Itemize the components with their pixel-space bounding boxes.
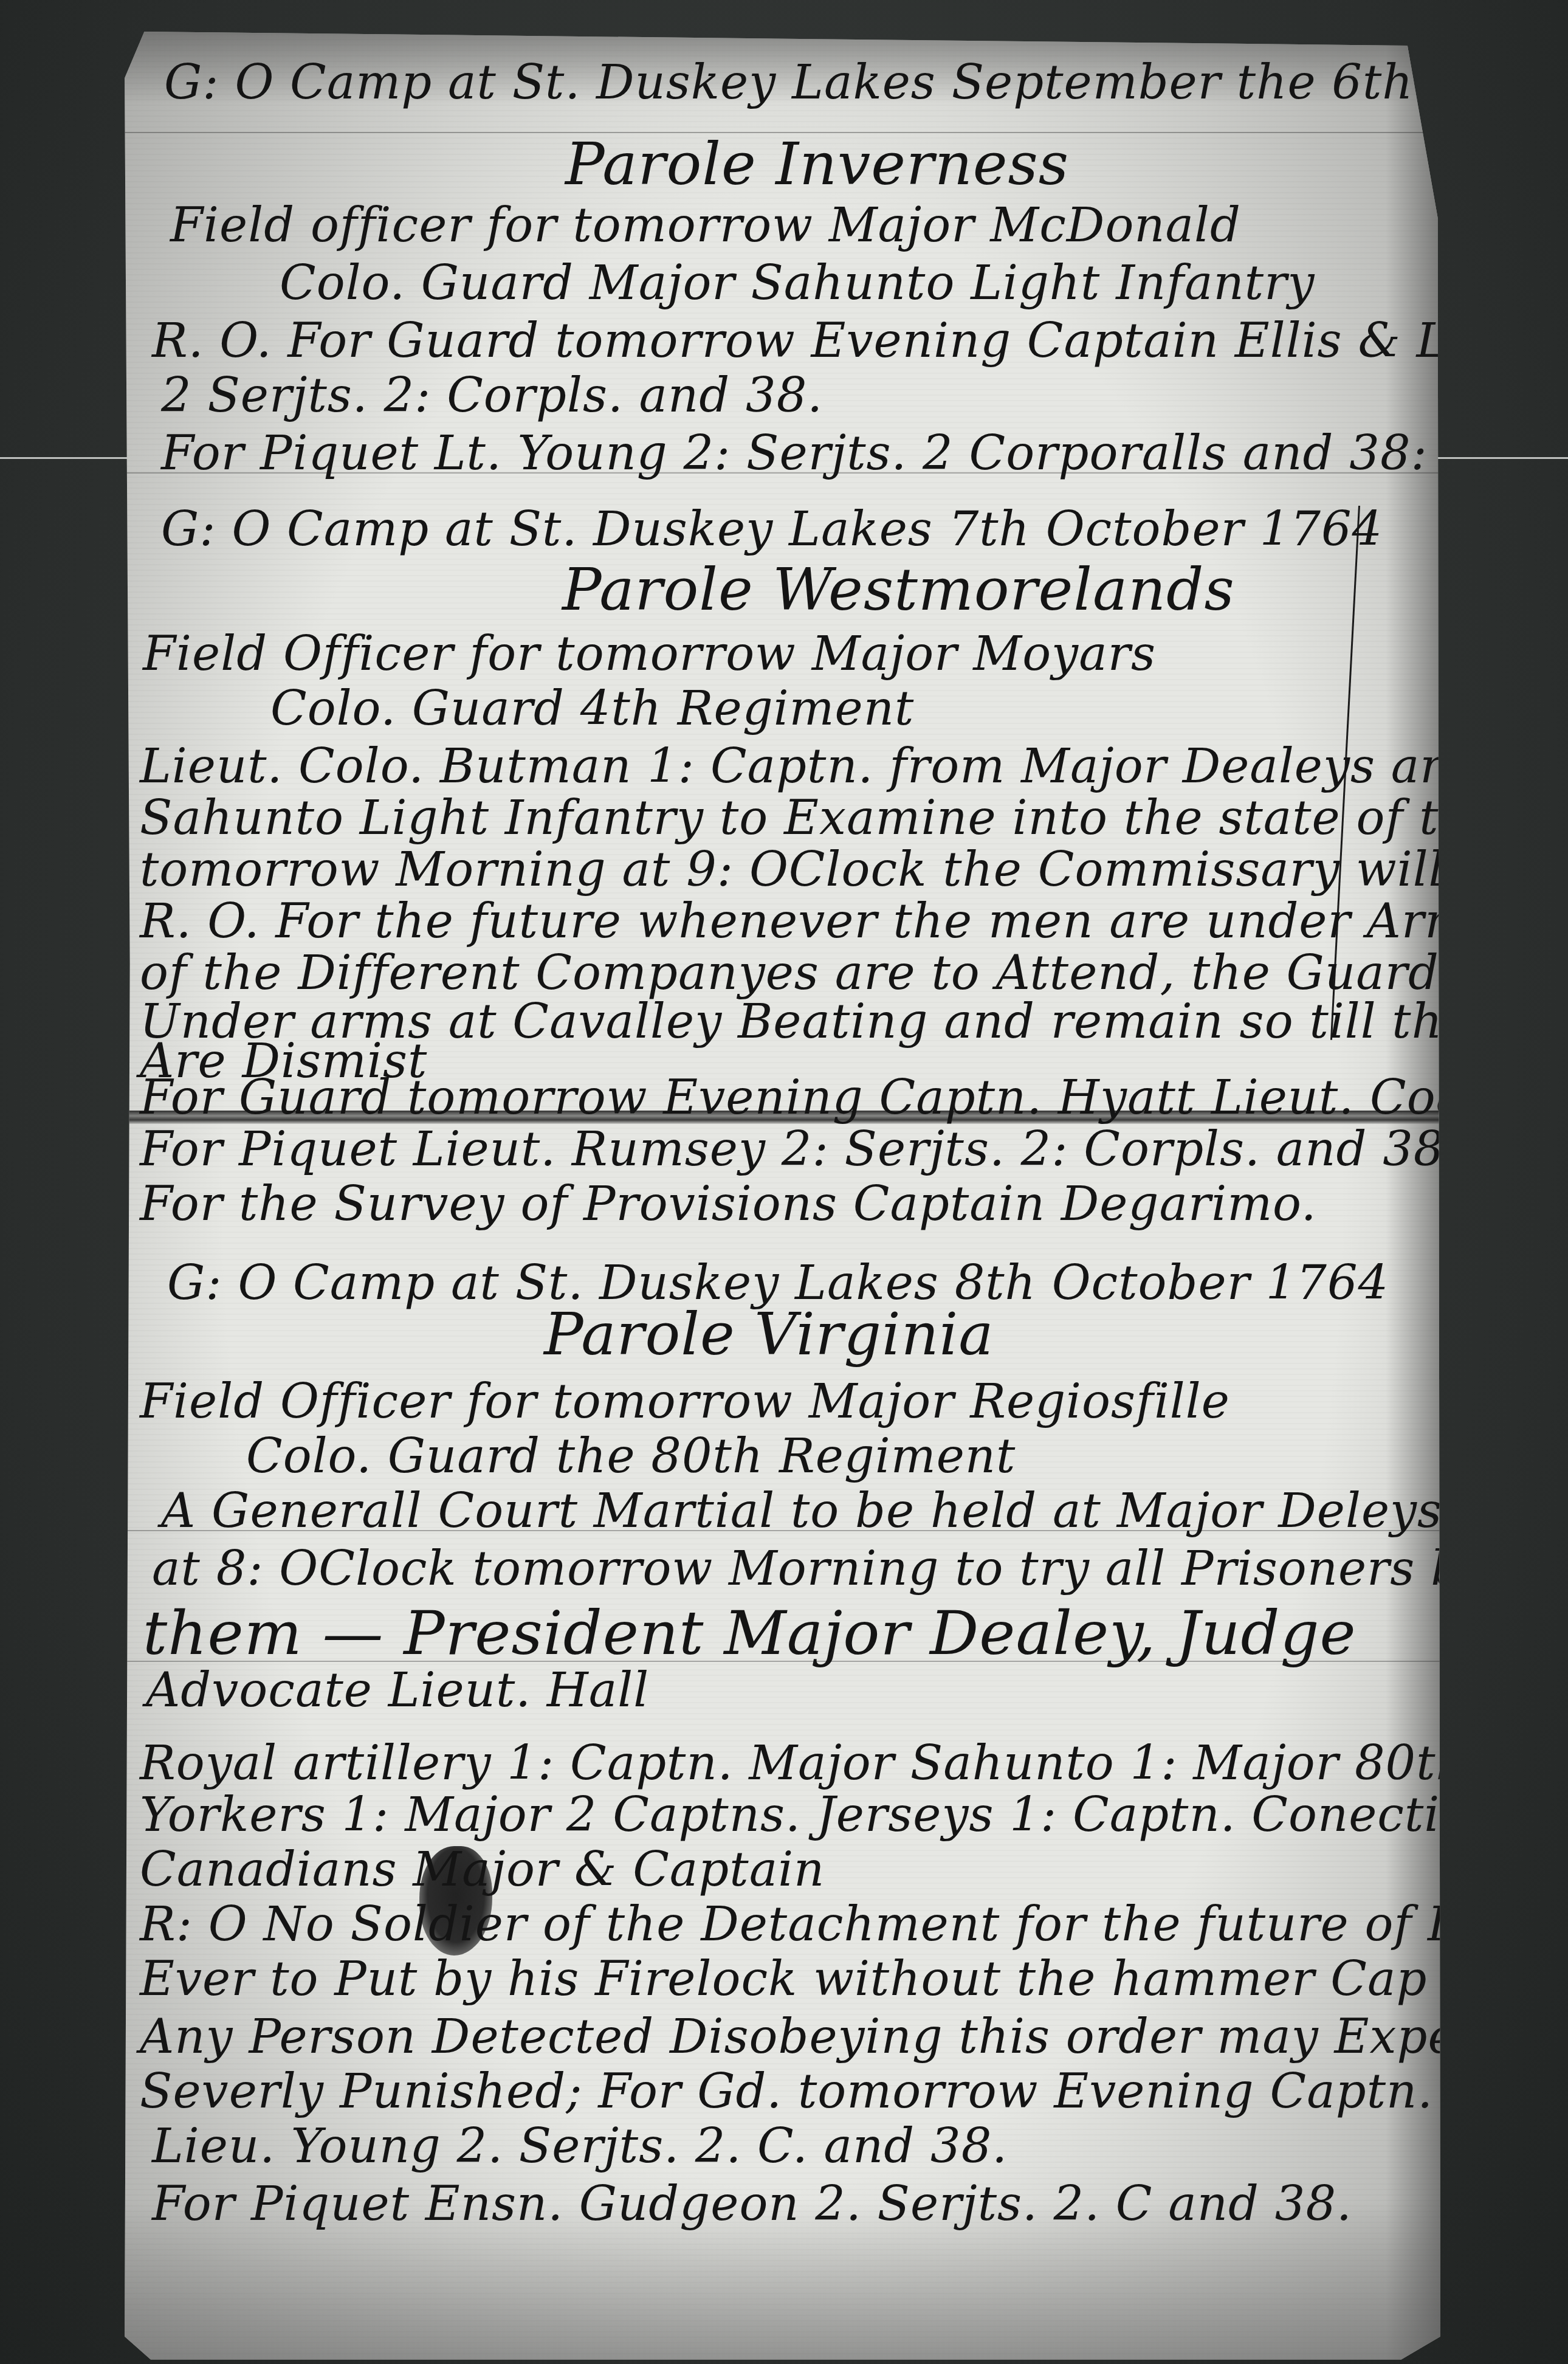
order-line: Field Officer for tomorrow Major Moyars	[143, 630, 1156, 678]
order-line: Sahunto Light Infantry to Examine into t…	[140, 794, 1440, 842]
order-line: For Piquet Lieut. Rumsey 2: Serjts. 2: C…	[140, 1126, 1440, 1173]
order-line: R. O. For the future whenever the men ar…	[140, 898, 1440, 945]
order-line: Lieu. Young 2. Serjts. 2. C. and 38.	[152, 2123, 1008, 2170]
order-line: For Guard tomorrow Evening Captn. Hyatt …	[140, 1074, 1440, 1122]
parole-word: Parole Virginia	[544, 1305, 994, 1363]
order-line: of the Different Companyes are to Attend…	[140, 949, 1440, 997]
order-line: Royal artillery 1: Captn. Major Sahunto …	[140, 1740, 1440, 1787]
parole-word: Parole Inverness	[565, 135, 1069, 193]
order-line: A Generall Court Martial to be held at M…	[161, 1487, 1440, 1535]
order-line: 2 Serjts. 2: Corpls. and 38.	[161, 372, 823, 419]
order-line: Colo. Guard Major Sahunto Light Infantry	[280, 260, 1315, 307]
order-line: Severly Punished; For Gd. tomorrow Eveni…	[140, 2068, 1440, 2115]
order-line: R: O No Soldier of the Detachment for th…	[140, 1901, 1440, 1948]
order-line: Canadians Major & Captain	[140, 1846, 825, 1894]
order-line: For the Survey of Provisions Captain Deg…	[140, 1180, 1316, 1228]
parole-word: Parole Westmorelands	[562, 560, 1235, 619]
order-line: at 8: OClock tomorrow Morning to try all…	[152, 1545, 1440, 1593]
order-line: tomorrow Morning at 9: OClock the Commis…	[140, 846, 1440, 894]
entry-header: G: O Camp at St. Duskey Lakes 7th Octobe…	[161, 506, 1383, 553]
document-page: G: O Camp at St. Duskey Lakes September …	[125, 32, 1440, 2360]
order-line: Any Person Detected Disobeying this orde…	[140, 2013, 1440, 2061]
order-line: Advocate Lieut. Hall	[146, 1667, 649, 1714]
order-line: them — President Major Dealey, Judge	[143, 1603, 1357, 1664]
order-line: For Piquet Lt. Young 2: Serjts. 2 Corpor…	[161, 430, 1440, 477]
order-line: Yorkers 1: Major 2 Captns. Jerseys 1: Ca…	[140, 1791, 1440, 1839]
order-line: R. O. For Guard tomorrow Evening Captain…	[152, 317, 1440, 365]
order-line: Lieut. Colo. Butman 1: Captn. from Major…	[140, 743, 1440, 790]
order-line: Field officer for tomorrow Major McDonal…	[170, 202, 1241, 249]
entry-header: G: O Camp at St. Duskey Lakes September …	[164, 59, 1440, 106]
order-line: Colo. Guard 4th Regiment	[270, 685, 914, 732]
order-line: Ever to Put by his Firelock without the …	[140, 1956, 1440, 2003]
order-line: Colo. Guard the 80th Regiment	[246, 1433, 1016, 1480]
order-line: For Piquet Ensn. Gudgeon 2. Serjts. 2. C…	[152, 2180, 1352, 2228]
order-line: Field Officer for tomorrow Major Regiosf…	[140, 1378, 1230, 1425]
